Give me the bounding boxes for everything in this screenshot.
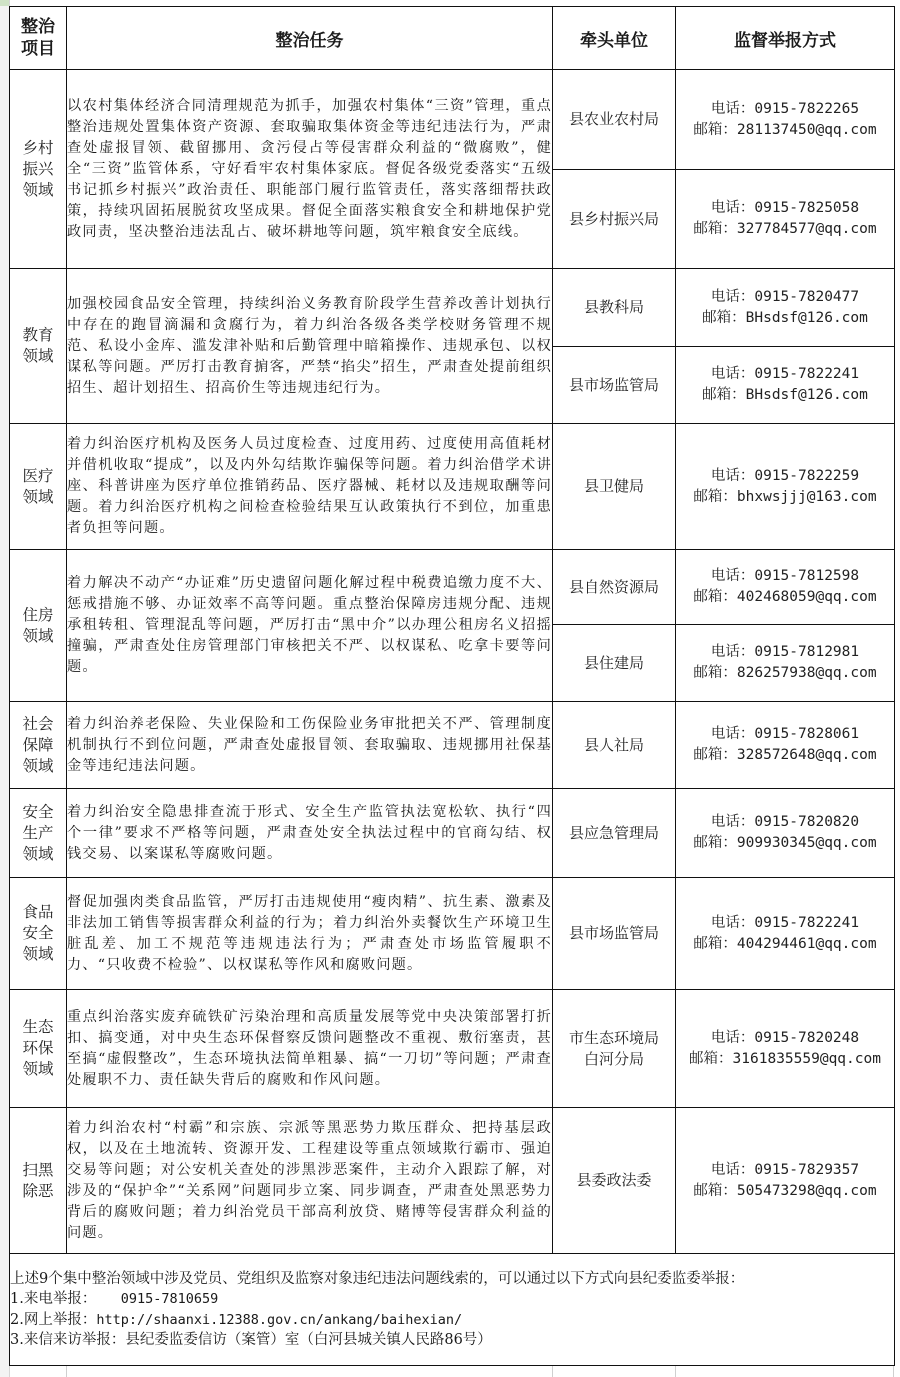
category-cell[interactable]: 食品 安全 领域 xyxy=(10,878,67,990)
task-cell[interactable]: 督促加强肉类食品监管，严厉打击违规使用“瘦肉精”、抗生素、激素及非法加工销售等损… xyxy=(67,878,553,990)
unit-cell[interactable]: 县农业农村局 xyxy=(553,70,676,170)
phone-number: 0915-7822241 xyxy=(754,366,859,382)
contact-cell[interactable]: 电话：0915-7822241 邮箱：BHsdsf@126.com xyxy=(676,347,895,424)
email-address: 909930345@qq.com xyxy=(737,835,877,851)
footer-item-online: 2.网上举报：http://shaanxi.12388.gov.cn/ankan… xyxy=(10,1310,894,1331)
phone-number: 0915-7822265 xyxy=(754,101,859,117)
contact-cell[interactable]: 电话：0915-7812981 邮箱：826257938@qq.com xyxy=(676,625,895,702)
task-cell[interactable]: 着力解决不动产“办证难”历史遗留问题化解过程中税费追缴力度不大、惩戒措施不够、办… xyxy=(67,550,553,702)
contact-cell[interactable]: 电话：0915-7822259 邮箱：bhxwsjjj@163.com xyxy=(676,424,895,550)
table-row: 教育 领域 加强校园食品安全管理，持续纠治义务教育阶段学生营养改善计划执行中存在… xyxy=(10,269,895,347)
category-cell[interactable]: 教育 领域 xyxy=(10,269,67,424)
table-row: 食品 安全 领域 督促加强肉类食品监管，严厉打击违规使用“瘦肉精”、抗生素、激素… xyxy=(10,878,895,990)
task-cell[interactable]: 着力纠治养老保险、失业保险和工伤保险业务审批把关不严、管理制度机制执行不到位问题… xyxy=(67,702,553,789)
phone-number: 0915-7828061 xyxy=(754,726,859,742)
phone-number: 0915-7820820 xyxy=(754,814,859,830)
contact-cell[interactable]: 电话：0915-7812598 邮箱：402468059@qq.com xyxy=(676,550,895,625)
category-cell[interactable]: 生态 环保 领域 xyxy=(10,990,67,1108)
report-url-link[interactable]: http://shaanxi.12388.gov.cn/ankang/baihe… xyxy=(96,1312,462,1328)
email-address: 404294461@qq.com xyxy=(737,936,877,952)
email-address: 281137450@qq.com xyxy=(737,122,877,138)
unit-cell[interactable]: 县委政法委 xyxy=(553,1108,676,1254)
table-row: 生态 环保 领域 重点纠治落实废弃硫铁矿污染治理和高质量发展等党中央决策部署打折… xyxy=(10,990,895,1108)
contact-cell[interactable]: 电话：0915-7825058 邮箱：327784577@qq.com xyxy=(676,170,895,269)
unit-cell[interactable]: 县应急管理局 xyxy=(553,789,676,878)
category-cell[interactable]: 住房 领域 xyxy=(10,550,67,702)
header-unit[interactable]: 牵头单位 xyxy=(553,7,676,70)
phone-number: 0915-7822241 xyxy=(754,915,859,931)
phone-number: 0915-7812981 xyxy=(754,644,859,660)
footer-item-phone: 1.来电举报： 0915-7810659 xyxy=(10,1289,894,1310)
contact-cell[interactable]: 电话：0915-7820820 邮箱：909930345@qq.com xyxy=(676,789,895,878)
category-cell[interactable]: 安全 生产 领域 xyxy=(10,789,67,878)
category-cell[interactable]: 社会 保障 领域 xyxy=(10,702,67,789)
unit-cell[interactable]: 县乡村振兴局 xyxy=(553,170,676,269)
email-address: BHsdsf@126.com xyxy=(746,387,868,403)
phone-number: 0915-7822259 xyxy=(754,468,859,484)
contact-cell[interactable]: 电话：0915-7822241 邮箱：404294461@qq.com xyxy=(676,878,895,990)
contact-cell[interactable]: 电话：0915-7820248 邮箱：3161835559@qq.com xyxy=(676,990,895,1108)
empty-grid-row xyxy=(9,1366,894,1377)
table-row: 安全 生产 领域 着力纠治安全隐患排查流于形式、安全生产监管执法宽松软、执行“四… xyxy=(10,789,895,878)
email-address: 3161835559@qq.com xyxy=(733,1051,881,1067)
email-address: 327784577@qq.com xyxy=(737,221,877,237)
unit-cell[interactable]: 县人社局 xyxy=(553,702,676,789)
task-cell[interactable]: 以农村集体经济合同清理规范为抓手，加强农村集体“三资”管理，重点整治违规处置集体… xyxy=(67,70,553,269)
unit-cell[interactable]: 县卫健局 xyxy=(553,424,676,550)
table-row: 住房 领域 着力解决不动产“办证难”历史遗留问题化解过程中税费追缴力度不大、惩戒… xyxy=(10,550,895,625)
select-all-corner[interactable] xyxy=(0,0,9,6)
task-cell[interactable]: 重点纠治落实废弃硫铁矿污染治理和高质量发展等党中央决策部署打折扣、搞变通，对中央… xyxy=(67,990,553,1108)
phone-number: 0915-7829357 xyxy=(754,1162,859,1178)
contact-cell[interactable]: 电话：0915-7829357 邮箱：505473298@qq.com xyxy=(676,1108,895,1254)
email-address: 826257938@qq.com xyxy=(737,665,877,681)
table-row: 乡村 振兴 领域 以农村集体经济合同清理规范为抓手，加强农村集体“三资”管理，重… xyxy=(10,70,895,170)
phone-number: 0915-7812598 xyxy=(754,568,859,584)
unit-cell[interactable]: 县自然资源局 xyxy=(553,550,676,625)
unit-cell[interactable]: 县市场监管局 xyxy=(553,878,676,990)
table-row: 医疗 领域 着力纠治医疗机构及医务人员过度检查、过度用药、过度使用高值耗材并借机… xyxy=(10,424,895,550)
contact-cell[interactable]: 电话：0915-7820477 邮箱：BHsdsf@126.com xyxy=(676,269,895,347)
table-row: 扫黑 除恶 着力纠治农村“村霸”和宗族、宗派等黑恶势力欺压群众、把持基层政权，以… xyxy=(10,1108,895,1254)
header-task[interactable]: 整治任务 xyxy=(67,7,553,70)
task-cell[interactable]: 着力纠治安全隐患排查流于形式、安全生产监管执法宽松软、执行“四个一律”要求不严格… xyxy=(67,789,553,878)
unit-cell[interactable]: 县市场监管局 xyxy=(553,347,676,424)
category-cell[interactable]: 扫黑 除恶 xyxy=(10,1108,67,1254)
task-cell[interactable]: 加强校园食品安全管理，持续纠治义务教育阶段学生营养改善计划执行中存在的跑冒滴漏和… xyxy=(67,269,553,424)
phone-number: 0915-7825058 xyxy=(754,200,859,216)
category-cell[interactable]: 乡村 振兴 领域 xyxy=(10,70,67,269)
unit-cell[interactable]: 县住建局 xyxy=(553,625,676,702)
footer-row: 上述9个集中整治领域中涉及党员、党组织及监察对象违纪违法问题线索的，可以通过以下… xyxy=(10,1254,895,1366)
task-cell[interactable]: 着力纠治农村“村霸”和宗族、宗派等黑恶势力欺压群众、把持基层政权，以及在土地流转… xyxy=(67,1108,553,1254)
header-row: 整治 项目 整治任务 牵头单位 监督举报方式 xyxy=(10,7,895,70)
unit-cell[interactable]: 县教科局 xyxy=(553,269,676,347)
task-cell[interactable]: 着力纠治医疗机构及医务人员过度检查、过度用药、过度使用高值耗材并借机收取“提成”… xyxy=(67,424,553,550)
table-row: 社会 保障 领域 着力纠治养老保险、失业保险和工伤保险业务审批把关不严、管理制度… xyxy=(10,702,895,789)
phone-number: 0915-7820248 xyxy=(754,1030,859,1046)
contact-cell[interactable]: 电话：0915-7828061 邮箱：328572648@qq.com xyxy=(676,702,895,789)
phone-number: 0915-7820477 xyxy=(754,289,859,305)
report-instructions-cell[interactable]: 上述9个集中整治领域中涉及党员、党组织及监察对象违纪违法问题线索的，可以通过以下… xyxy=(10,1254,895,1366)
header-contact[interactable]: 监督举报方式 xyxy=(676,7,895,70)
unit-cell[interactable]: 市生态环境局 白河分局 xyxy=(553,990,676,1108)
header-category[interactable]: 整治 项目 xyxy=(10,7,67,70)
email-address: 328572648@qq.com xyxy=(737,747,877,763)
email-address: 505473298@qq.com xyxy=(737,1183,877,1199)
rectification-table: 整治 项目 整治任务 牵头单位 监督举报方式 乡村 振兴 领域 以农村集体经济合… xyxy=(9,6,895,1366)
email-address: bhxwsjjj@163.com xyxy=(737,489,877,505)
category-cell[interactable]: 医疗 领域 xyxy=(10,424,67,550)
footer-item-visit: 3.来信来访举报：县纪委监委信访（案管）室（白河县城关镇人民路86号） xyxy=(10,1330,894,1351)
footer-intro: 上述9个集中整治领域中涉及党员、党组织及监察对象违纪违法问题线索的，可以通过以下… xyxy=(10,1269,894,1290)
contact-cell[interactable]: 电话：0915-7822265 邮箱：281137450@qq.com xyxy=(676,70,895,170)
email-address: 402468059@qq.com xyxy=(737,589,877,605)
email-address: BHsdsf@126.com xyxy=(746,310,868,326)
